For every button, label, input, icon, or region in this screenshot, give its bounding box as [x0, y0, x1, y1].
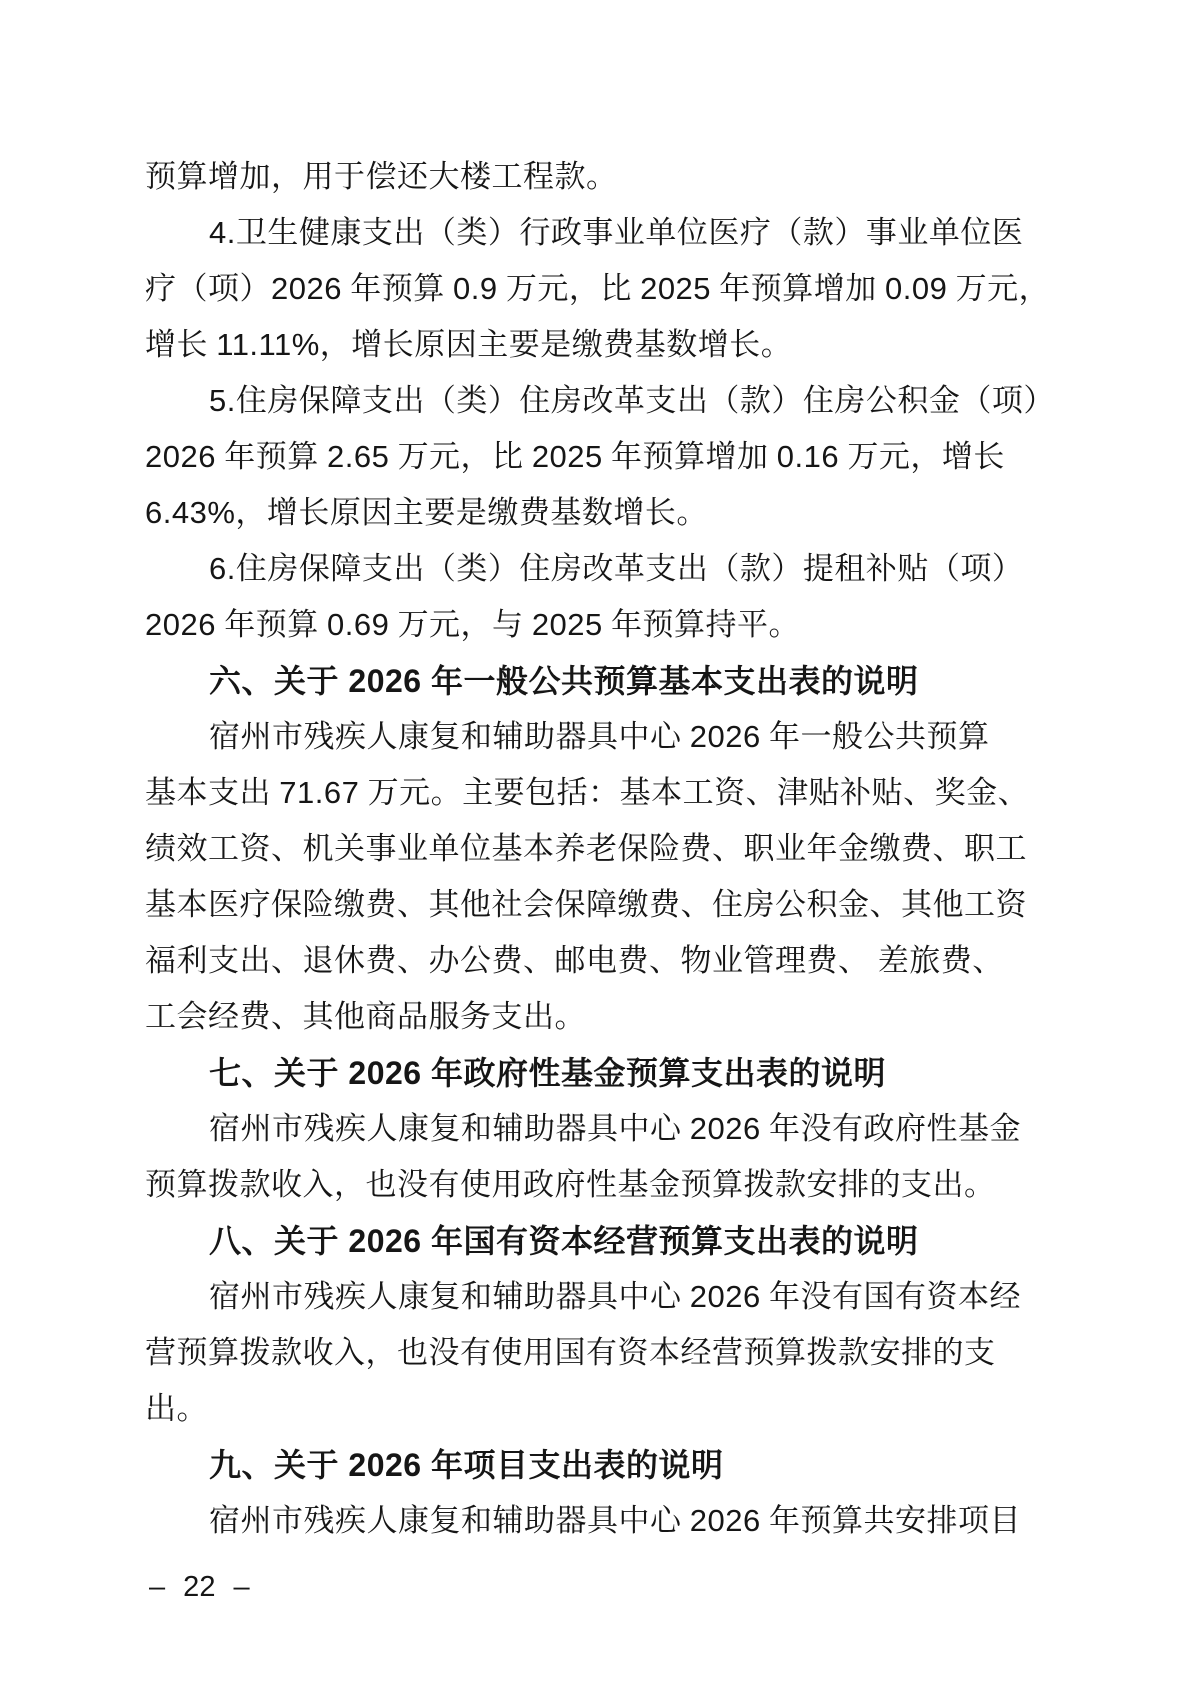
numeral: 2026	[145, 607, 216, 642]
numeral: 2026	[348, 663, 421, 699]
numeral: 2025	[532, 607, 603, 642]
numeral: 4.	[209, 215, 236, 250]
page-number: – 22 –	[149, 1565, 250, 1609]
numeral: 2026	[690, 1111, 761, 1146]
numeral: 2025	[532, 439, 603, 474]
section-heading: 七、关于 2026 年政府性基金预算支出表的说明	[145, 1045, 1060, 1101]
text-line: 福利支出、退休费、办公费、邮电费、物业管理费、 差旅费、	[145, 933, 1060, 989]
text-line: 6.住房保障支出（类）住房改革支出（款）提租补贴（项）	[145, 541, 1060, 597]
section-heading: 八、关于 2026 年国有资本经营预算支出表的说明	[145, 1213, 1060, 1269]
text-line: 工会经费、其他商品服务支出。	[145, 989, 1060, 1045]
text-line: 5.住房保障支出（类）住房改革支出（款）住房公积金（项）	[145, 373, 1060, 429]
numeral: 2026	[690, 719, 761, 754]
numeral: 5.	[209, 383, 236, 418]
text-block: 预算增加，用于偿还大楼工程款。4.卫生健康支出（类）行政事业单位医疗（款）事业单…	[145, 149, 1060, 1549]
text-line: 基本医疗保险缴费、其他社会保障缴费、住房公积金、其他工资	[145, 877, 1060, 933]
numeral: 6.43%	[145, 495, 235, 530]
text-line: 2026 年预算 0.69 万元，与 2025 年预算持平。	[145, 597, 1060, 653]
text-line: 预算增加，用于偿还大楼工程款。	[145, 149, 1060, 205]
numeral: 2026	[348, 1055, 421, 1091]
text-line: 宿州市残疾人康复和辅助器具中心 2026 年没有政府性基金	[145, 1101, 1060, 1157]
numeral: 2026	[348, 1223, 421, 1259]
numeral: 2026	[348, 1447, 421, 1483]
numeral: 2025	[640, 271, 711, 306]
text-line: 基本支出 71.67 万元。主要包括：基本工资、津贴补贴、奖金、	[145, 765, 1060, 821]
document-page: 预算增加，用于偿还大楼工程款。4.卫生健康支出（类）行政事业单位医疗（款）事业单…	[0, 0, 1190, 1683]
numeral: 2.65	[327, 439, 389, 474]
text-line: 绩效工资、机关事业单位基本养老保险费、职业年金缴费、职工	[145, 821, 1060, 877]
text-line: 增长 11.11%，增长原因主要是缴费基数增长。	[145, 317, 1060, 373]
text-line: 疗（项）2026 年预算 0.9 万元，比 2025 年预算增加 0.09 万元…	[145, 261, 1060, 317]
text-line: 宿州市残疾人康复和辅助器具中心 2026 年预算共安排项目	[145, 1493, 1060, 1549]
text-line: 宿州市残疾人康复和辅助器具中心 2026 年一般公共预算	[145, 709, 1060, 765]
numeral: 2026	[145, 439, 216, 474]
text-line: 出。	[145, 1381, 1060, 1437]
text-line: 4.卫生健康支出（类）行政事业单位医疗（款）事业单位医	[145, 205, 1060, 261]
section-heading: 六、关于 2026 年一般公共预算基本支出表的说明	[145, 653, 1060, 709]
section-heading: 九、关于 2026 年项目支出表的说明	[145, 1437, 1060, 1493]
text-line: 预算拨款收入，也没有使用政府性基金预算拨款安排的支出。	[145, 1157, 1060, 1213]
numeral: 0.69	[327, 607, 389, 642]
numeral: 71.67	[279, 775, 359, 810]
numeral: 0.9	[453, 271, 498, 306]
text-line: 营预算拨款收入，也没有使用国有资本经营预算拨款安排的支	[145, 1325, 1060, 1381]
numeral: 2026	[690, 1279, 761, 1314]
numeral: 2026	[690, 1503, 761, 1538]
text-line: 6.43%，增长原因主要是缴费基数增长。	[145, 485, 1060, 541]
numeral: 2026	[271, 271, 342, 306]
numeral: 11.11%	[216, 327, 320, 362]
text-line: 2026 年预算 2.65 万元，比 2025 年预算增加 0.16 万元，增长	[145, 429, 1060, 485]
text-line: 宿州市残疾人康复和辅助器具中心 2026 年没有国有资本经	[145, 1269, 1060, 1325]
numeral: 0.16	[777, 439, 839, 474]
numeral: 0.09	[885, 271, 947, 306]
numeral: 6.	[209, 551, 236, 586]
